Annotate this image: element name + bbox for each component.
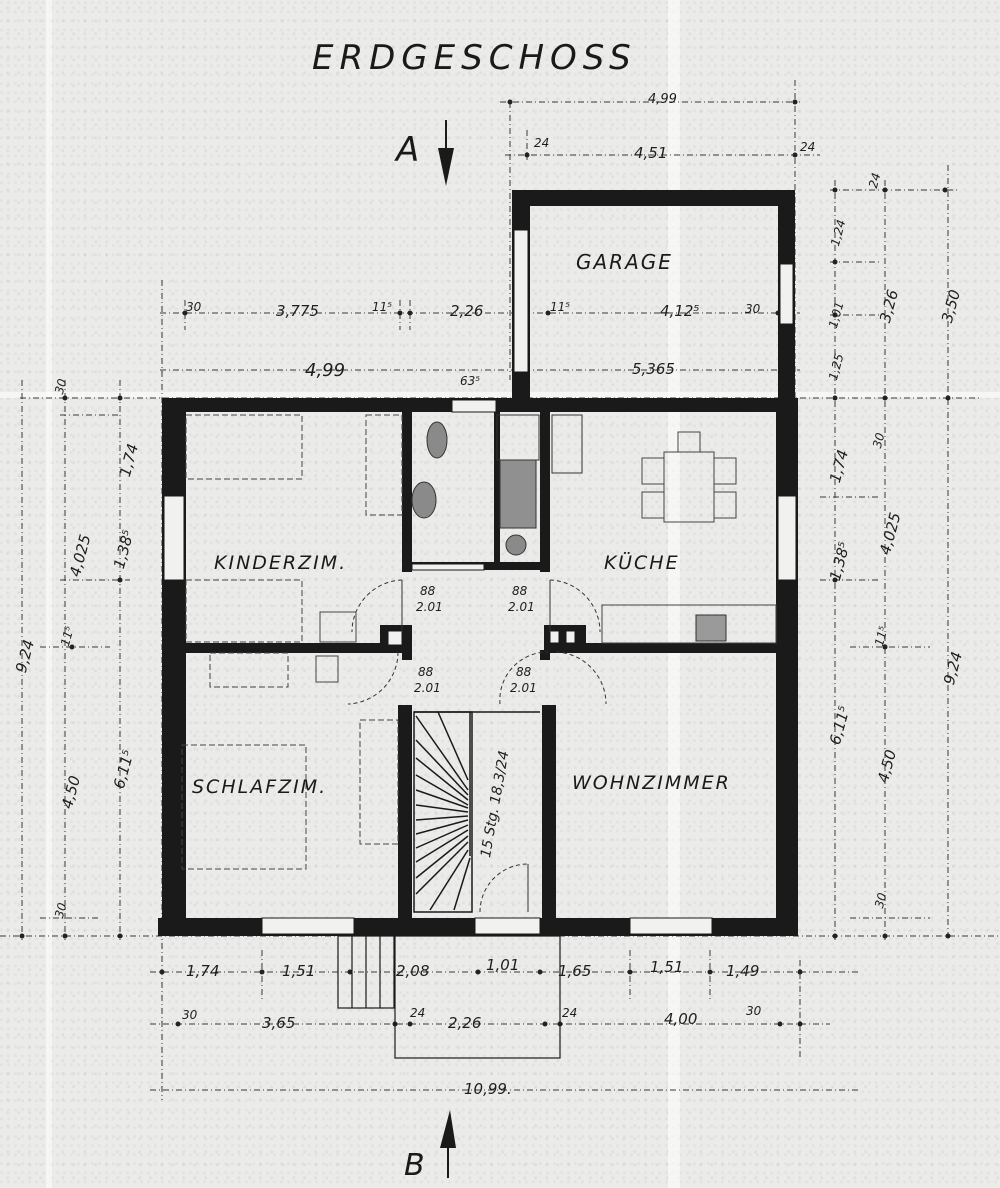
dim-bottom-row2-5: 4,00 [664, 1010, 697, 1028]
section-letter-b: B [404, 1148, 427, 1183]
door-kinderzimmer-height: 2.01 [416, 600, 443, 614]
room-label-schlafzimmer: SCHLAFZIM. [192, 776, 327, 798]
room-label-kueche: KÜCHE [604, 552, 680, 574]
dim-bottom-row1-2: 2,08 [396, 962, 429, 980]
dim-top-row1-6: 30 [745, 302, 760, 316]
dim-bottom-row1-4: 1,65 [558, 962, 591, 980]
section-letter-a: A [396, 130, 421, 170]
dim-garage-inner: 4,51 [634, 144, 667, 162]
dim-bottom-row2-0: 30 [182, 1008, 197, 1022]
door-schlafzimmer-width: 88 [418, 665, 433, 679]
dim-bottom-row2-2: 24 [410, 1006, 425, 1020]
dimension-lines [0, 80, 1000, 1100]
dim-bottom-row2-3: 2,26 [448, 1014, 481, 1032]
section-arrow-a-icon [438, 120, 454, 186]
dim-top-row1-1: 3,775 [276, 302, 319, 320]
dim-top-row1-3: 2,26 [450, 302, 483, 320]
dim-bottom-row1-3: 1,01 [486, 956, 519, 974]
dim-top-row1-4: 11⁵ [550, 300, 570, 314]
section-arrow-b-icon [440, 1110, 456, 1178]
entrance-steps [338, 936, 560, 1058]
room-label-wohnzimmer: WOHNZIMMER [572, 772, 731, 794]
door-wohnzimmer-height: 2.01 [510, 681, 537, 695]
plan-title: ERDGESCHOSS [312, 38, 637, 78]
dim-top-row2-2: 5,365 [632, 360, 675, 378]
bath-fixtures [412, 415, 726, 641]
door-kinderzimmer-width: 88 [420, 584, 435, 598]
door-kueche-width: 88 [512, 584, 527, 598]
dim-bottom-row1-1: 1,51 [282, 962, 315, 980]
dim-garage-total: 4,99 [648, 92, 677, 107]
dim-bottom-total: 10,99. [464, 1080, 512, 1098]
dim-bottom-row2-1: 3,65 [262, 1014, 295, 1032]
dim-bottom-row1-0: 1,74 [186, 962, 219, 980]
staircase [414, 712, 540, 912]
floor-plan-drawing [0, 0, 1000, 1188]
dim-garage-wall-right: 24 [800, 140, 815, 154]
dim-garage-wall-left: 24 [534, 136, 549, 150]
door-schlafzimmer-height: 2.01 [414, 681, 441, 695]
dim-bottom-row2-6: 30 [746, 1004, 761, 1018]
dim-top-row2-1: 63⁵ [460, 374, 480, 388]
dim-top-row1-5: 4,12⁵ [660, 302, 699, 320]
dim-top-row1-0: 30 [186, 300, 201, 314]
room-label-garage: GARAGE [576, 250, 673, 274]
room-label-kinderzimmer: KINDERZIM. [214, 552, 347, 574]
door-leaves [402, 580, 550, 912]
door-kueche-height: 2.01 [508, 600, 535, 614]
dim-bottom-row1-6: 1,49 [726, 962, 759, 980]
furniture [182, 415, 776, 869]
dim-top-row2-0: 4,99 [305, 360, 345, 381]
door-wohnzimmer-width: 88 [516, 665, 531, 679]
dim-bottom-row2-4: 24 [562, 1006, 577, 1020]
windows [164, 230, 796, 934]
dim-top-row1-2: 11⁵ [372, 300, 392, 314]
dim-bottom-row1-5: 1,51 [650, 958, 683, 976]
